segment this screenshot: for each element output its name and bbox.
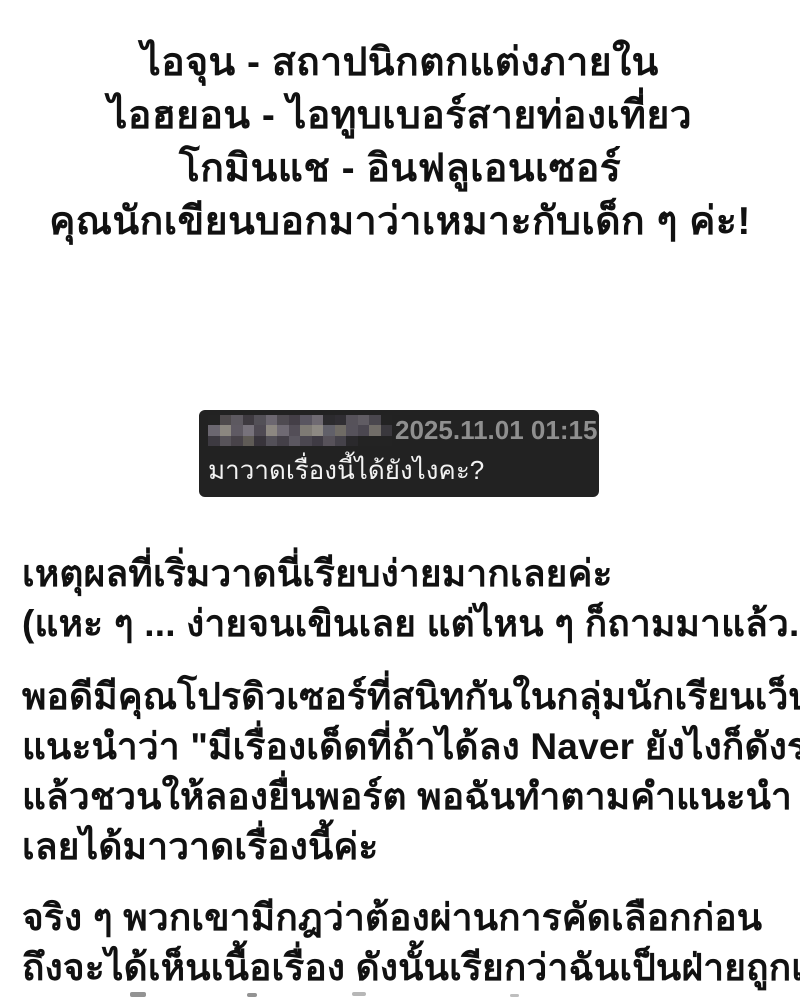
mosaic-cell xyxy=(243,425,255,435)
comment-timestamp: 2025.11.01 01:15 xyxy=(395,415,597,446)
clipped-text-line-tips xyxy=(0,990,800,1000)
mosaic-cell xyxy=(300,436,312,446)
body-line: (แหะ ๆ ... ง่ายจนเขินเลย แต่ไหน ๆ ก็ถามม… xyxy=(22,599,790,649)
mosaic-cell xyxy=(289,436,301,446)
mosaic-cell xyxy=(266,415,278,425)
mosaic-cell xyxy=(358,415,370,425)
mosaic-cell xyxy=(335,425,347,435)
mosaic-cell xyxy=(289,425,301,435)
mosaic-cell xyxy=(358,436,370,446)
mosaic-cell xyxy=(208,415,220,425)
mosaic-cell xyxy=(277,425,289,435)
mosaic-cell xyxy=(254,415,266,425)
body-line: แนะนำว่า "มีเรื่องเด็ดที่ถ้าได้ลง Naver … xyxy=(22,722,790,772)
body-line: เลยได้มาวาดเรื่องนี้ค่ะ xyxy=(22,822,790,872)
glyph-tip xyxy=(130,992,146,997)
glyph-tip xyxy=(352,992,366,996)
paragraph-reason: เหตุผลที่เริ่มวาดนี่เรียบง่ายมากเลยค่ะ(แ… xyxy=(22,549,790,649)
mosaic-cell xyxy=(243,436,255,446)
paragraph-selection-rule: จริง ๆ พวกเขามีกฎว่าต้องผ่านการคัดเลือกก… xyxy=(22,893,790,993)
mosaic-cell xyxy=(231,415,243,425)
mosaic-cell xyxy=(231,425,243,435)
mosaic-cell xyxy=(312,436,324,446)
mosaic-cell xyxy=(254,436,266,446)
body-line: จริง ๆ พวกเขามีกฎว่าต้องผ่านการคัดเลือกก… xyxy=(22,893,790,943)
mosaic-cell xyxy=(346,415,358,425)
mosaic-cell xyxy=(254,425,266,435)
mosaic-cell xyxy=(381,425,393,435)
mosaic-cell xyxy=(277,415,289,425)
body-line: พอดีมีคุณโปรดิวเซอร์ที่สนิทกันในกลุ่มนัก… xyxy=(22,672,790,722)
mosaic-cell xyxy=(266,436,278,446)
comment-header-row: 2025.11.01 01:15 xyxy=(208,415,590,446)
mosaic-cell xyxy=(358,425,370,435)
character-intro: ไอจุน - สถาปนิกตกแต่งภายในไอฮยอน - ไอทูบ… xyxy=(0,36,800,248)
mosaic-cell xyxy=(231,436,243,446)
mosaic-cell xyxy=(381,415,393,425)
mosaic-cell xyxy=(220,436,232,446)
mosaic-cell xyxy=(312,415,324,425)
mosaic-cell xyxy=(323,425,335,435)
mosaic-cell xyxy=(312,425,324,435)
glyph-tip xyxy=(510,994,519,997)
comment-screenshot-box: 2025.11.01 01:15 มาวาดเรื่องนี้ได้ยังไงค… xyxy=(199,410,599,497)
mosaic-cell xyxy=(323,436,335,446)
censored-username-mosaic xyxy=(208,415,392,446)
mosaic-cell xyxy=(208,436,220,446)
header-line: คุณนักเขียนบอกมาว่าเหมาะกับเด็ก ๆ ค่ะ! xyxy=(0,195,800,248)
mosaic-cell xyxy=(243,415,255,425)
mosaic-cell xyxy=(346,436,358,446)
mosaic-cell xyxy=(289,415,301,425)
mosaic-cell xyxy=(335,415,347,425)
header-line: ไอฮยอน - ไอทูบเบอร์สายท่องเที่ยว xyxy=(0,89,800,142)
mosaic-cell xyxy=(335,436,347,446)
mosaic-cell xyxy=(220,415,232,425)
mosaic-cell xyxy=(266,425,278,435)
mosaic-cell xyxy=(300,415,312,425)
mosaic-cell xyxy=(277,436,289,446)
body-line: แล้วชวนให้ลองยื่นพอร์ต พอฉันทำตามคำแนะนำ xyxy=(22,772,790,822)
mosaic-cell xyxy=(369,425,381,435)
header-line: โกมินแช - อินฟลูเอนเซอร์ xyxy=(0,142,800,195)
mosaic-cell xyxy=(300,425,312,435)
mosaic-cell xyxy=(220,425,232,435)
mosaic-cell xyxy=(323,415,335,425)
mosaic-cell xyxy=(369,436,381,446)
body-line: ถึงจะได้เห็นเนื้อเรื่อง ดังนั้นเรียกว่าฉ… xyxy=(22,943,790,993)
header-line: ไอจุน - สถาปนิกตกแต่งภายใน xyxy=(0,36,800,89)
mosaic-cell xyxy=(369,415,381,425)
paragraph-producer-story: พอดีมีคุณโปรดิวเซอร์ที่สนิทกันในกลุ่มนัก… xyxy=(22,672,790,872)
glyph-tip xyxy=(247,993,257,997)
mosaic-cell xyxy=(381,436,393,446)
comment-message: มาวาดเรื่องนี้ได้ยังไงคะ? xyxy=(208,450,590,491)
page: ไอจุน - สถาปนิกตกแต่งภายในไอฮยอน - ไอทูบ… xyxy=(0,0,800,1000)
mosaic-cell xyxy=(208,425,220,435)
mosaic-cell xyxy=(346,425,358,435)
body-line: เหตุผลที่เริ่มวาดนี่เรียบง่ายมากเลยค่ะ xyxy=(22,549,790,599)
